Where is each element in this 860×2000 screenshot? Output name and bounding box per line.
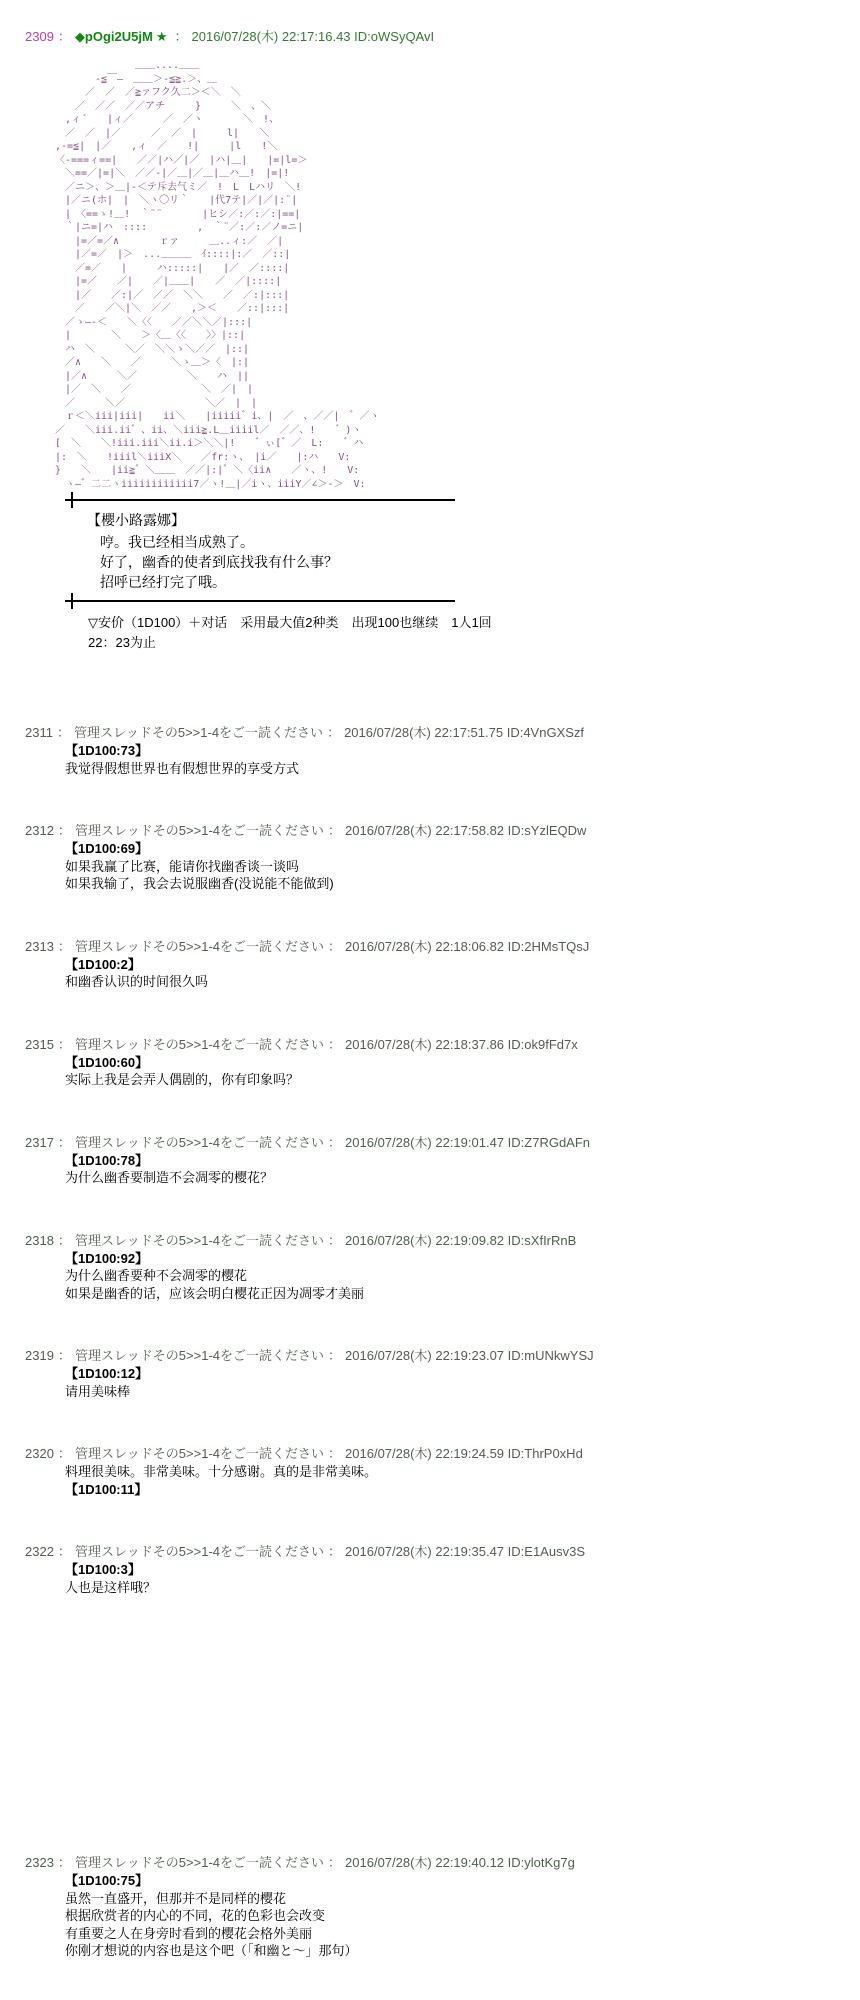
dice-roll: 【1D100:60】 [65,1054,860,1072]
reply-separator: ： [58,1544,71,1559]
dice-roll: 【1D100:75】 [65,1872,860,1890]
thread-page: 2309：◆pOgi2U5jM★：2016/07/28(木) 22:17:16.… [0,0,860,1960]
dice-roll: 【1D100:69】 [65,840,860,858]
reply-id: ID:sXfIrRnB [508,1233,577,1248]
divider-tick [71,492,73,508]
reply-text-line: 人也是这样哦？ [65,1579,860,1597]
reply-datetime: 2016/07/28(木) 22:19:09.82 [345,1233,504,1248]
reply-id: ID:2HMsTQsJ [508,939,590,954]
reply-poster-name: 管理スレッドその5>>1-4をご一読ください [75,1855,324,1870]
ascii-art: ＿＿....＿＿ -≦￣― ＿＿＞-≦≧.＞、＿ ／ ／ ／≧ァフク久二＞＜＼ … [55,59,860,491]
reply-id: ID:ylotKg7g [508,1855,575,1870]
reply-list: 2311：管理スレッドその5>>1-4をご一読ください：2016/07/28(木… [25,725,860,1960]
reply-text-line: 虽然一直盛开，但那并不是同样的樱花 [65,1890,860,1908]
reply-body: 【1D100:92】为什么幽香要种不会凋零的樱花如果是幽香的话，应该会明白樱花正… [65,1250,860,1303]
dice-roll: 【1D100:92】 [65,1250,860,1268]
reply-separator: ： [58,1348,71,1363]
reply-number: 2312 [25,823,54,838]
op-separator: ： [175,29,188,44]
reply-text-line: 如果是幽香的话，应该会明白樱花正因为凋零才美丽 [65,1285,860,1303]
reply-separator: ： [58,1446,71,1461]
divider-line-top [65,499,455,501]
reply-header: 2311：管理スレッドその5>>1-4をご一読ください：2016/07/28(木… [25,725,860,741]
reply-separator: ： [328,1855,341,1870]
reply-header: 2313：管理スレッドその5>>1-4をご一読ください：2016/07/28(木… [25,939,860,955]
reply-datetime: 2016/07/28(木) 22:17:51.75 [344,725,503,740]
reply-datetime: 2016/07/28(木) 22:18:37.86 [345,1037,504,1052]
reply-text-line: 如果我输了，我会去说服幽香(没说能不能做到) [65,875,860,893]
dice-roll: 【1D100:73】 [65,742,860,760]
reply-number: 2311 [25,725,53,740]
reply-header: 2312：管理スレッドその5>>1-4をご一読ください：2016/07/28(木… [25,823,860,839]
op-id: ID:oWSyQAvI [354,29,434,44]
reply-poster-name: 管理スレッドその5>>1-4をご一読ください [75,1348,324,1363]
dialogue-block: 【櫻小路露娜】 哼。我已经相当成熟了。 好了，幽香的使者到底找我有什么事？ 招呼… [87,510,860,592]
reply-separator: ： [328,1135,341,1150]
reply-number: 2319 [25,1348,54,1363]
reply-datetime: 2016/07/28(木) 22:19:40.12 [345,1855,504,1870]
reply-separator: ： [328,939,341,954]
reply-poster-name: 管理スレッドその5>>1-4をご一読ください [75,823,324,838]
divider-tick [71,593,73,609]
reply-separator: ： [58,1233,71,1248]
reply-separator: ： [58,823,71,838]
op-separator: ： [58,29,71,44]
reply-datetime: 2016/07/28(木) 22:17:58.82 [345,823,504,838]
op-header: 2309：◆pOgi2U5jM★：2016/07/28(木) 22:17:16.… [25,29,860,45]
reply-body: 【1D100:69】如果我赢了比赛，能请你找幽香谈一谈吗如果我输了，我会去说服幽… [65,840,860,893]
op-post-number: 2309 [25,29,54,44]
dice-instruction: ▽安价（1D100）＋对话 采用最大值2种类 出现100也继续 1人1回 22：… [88,613,860,653]
reply-separator: ： [327,725,340,740]
reply-body: 【1D100:60】实际上我是会弄人偶剧的，你有印象吗？ [65,1054,860,1089]
reply-text-line: 你刚才想说的内容也是这个吧（「和幽と～」那句） [65,1942,860,1960]
reply-header: 2318：管理スレッドその5>>1-4をご一読ください：2016/07/28(木… [25,1233,860,1249]
reply-header: 2315：管理スレッドその5>>1-4をご一読ください：2016/07/28(木… [25,1037,860,1053]
reply-poster-name: 管理スレッドその5>>1-4をご一読ください [74,725,323,740]
reply-number: 2318 [25,1233,54,1248]
dice-roll: 【1D100:11】 [65,1481,860,1499]
dice-instruction-line: ▽安价（1D100）＋对话 采用最大值2种类 出现100也继续 1人1回 [88,613,860,633]
reply-number: 2323 [25,1855,54,1870]
star-icon: ★ [156,29,168,44]
reply-separator: ： [328,1544,341,1559]
divider-line-bottom [65,600,455,602]
reply-body: 【1D100:78】为什么幽香要制造不会凋零的樱花？ [65,1152,860,1187]
reply-number: 2313 [25,939,54,954]
reply-poster-name: 管理スレッドその5>>1-4をご一読ください [75,939,324,954]
reply-id: ID:sYzlEQDw [508,823,587,838]
reply-body: 【1D100:12】请用美味棒 [65,1365,860,1400]
reply-poster-name: 管理スレッドその5>>1-4をご一読ください [75,1233,324,1248]
reply-separator: ： [58,1135,71,1150]
reply-separator: ： [328,1348,341,1363]
reply-number: 2320 [25,1446,54,1461]
dice-roll: 【1D100:2】 [65,956,860,974]
reply-post: 2312：管理スレッドその5>>1-4をご一読ください：2016/07/28(木… [25,823,860,893]
reply-post: 2318：管理スレッドその5>>1-4をご一読ください：2016/07/28(木… [25,1233,860,1303]
reply-separator: ： [57,725,70,740]
dialogue-line: 招呼已经打完了哦。 [100,572,860,592]
reply-post: 2322：管理スレッドその5>>1-4をご一読ください：2016/07/28(木… [25,1544,860,1596]
dialogue-line: 哼。我已经相当成熟了。 [100,532,860,552]
reply-header: 2317：管理スレッドその5>>1-4をご一読ください：2016/07/28(木… [25,1135,860,1151]
reply-header: 2319：管理スレッドその5>>1-4をご一読ください：2016/07/28(木… [25,1348,860,1364]
reply-text-line: 有重要之人在身旁时看到的樱花会格外美丽 [65,1925,860,1943]
reply-id: ID:ok9fFd7x [508,1037,578,1052]
reply-text-line: 如果我赢了比赛，能请你找幽香谈一谈吗 [65,858,860,876]
reply-text-line: 为什么幽香要制造不会凋零的樱花？ [65,1169,860,1187]
reply-text-line: 请用美味棒 [65,1383,860,1401]
reply-number: 2317 [25,1135,54,1150]
reply-body: 【1D100:73】我觉得假想世界也有假想世界的享受方式 [65,742,860,777]
reply-post: 2311：管理スレッドその5>>1-4をご一読ください：2016/07/28(木… [25,725,860,777]
reply-text-line: 根据欣赏者的内心的不同，花的色彩也会改变 [65,1907,860,1925]
reply-body: 【1D100:2】和幽香认识的时间很久吗 [65,956,860,991]
reply-body: 【1D100:3】人也是这样哦？ [65,1561,860,1596]
reply-text-line: 料理很美味。非常美味。十分感谢。真的是非常美味。 [65,1463,860,1481]
reply-header: 2323：管理スレッドその5>>1-4をご一読ください：2016/07/28(木… [25,1855,860,1871]
reply-header: 2320：管理スレッドその5>>1-4をご一読ください：2016/07/28(木… [25,1446,860,1462]
reply-text-line: 和幽香认识的时间很久吗 [65,973,860,991]
op-poster-name: ◆pOgi2U5jM [75,29,153,44]
reply-datetime: 2016/07/28(木) 22:19:01.47 [345,1135,504,1150]
reply-post: 2315：管理スレッドその5>>1-4をご一読ください：2016/07/28(木… [25,1037,860,1089]
reply-header: 2322：管理スレッドその5>>1-4をご一読ください：2016/07/28(木… [25,1544,860,1560]
reply-number: 2315 [25,1037,54,1052]
reply-separator: ： [328,823,341,838]
reply-post: 2320：管理スレッドその5>>1-4をご一読ください：2016/07/28(木… [25,1446,860,1498]
reply-separator: ： [328,1446,341,1461]
reply-text-line: 实际上我是会弄人偶剧的，你有印象吗？ [65,1071,860,1089]
reply-datetime: 2016/07/28(木) 22:19:35.47 [345,1544,504,1559]
reply-post: 2313：管理スレッドその5>>1-4をご一読ください：2016/07/28(木… [25,939,860,991]
reply-poster-name: 管理スレッドその5>>1-4をご一読ください [75,1446,324,1461]
reply-post: 2319：管理スレッドその5>>1-4をご一読ください：2016/07/28(木… [25,1348,860,1400]
dice-roll: 【1D100:3】 [65,1561,860,1579]
reply-id: ID:Z7RGdAFn [508,1135,590,1150]
reply-post: 2317：管理スレッドその5>>1-4をご一読ください：2016/07/28(木… [25,1135,860,1187]
reply-poster-name: 管理スレッドその5>>1-4をご一読ください [75,1037,324,1052]
reply-poster-name: 管理スレッドその5>>1-4をご一読ください [75,1135,324,1150]
reply-body: 【1D100:75】虽然一直盛开，但那并不是同样的樱花根据欣赏者的内心的不同，花… [65,1872,860,1960]
op-datetime: 2016/07/28(木) 22:17:16.43 [192,29,351,44]
dialogue-line: 好了，幽香的使者到底找我有什么事？ [100,552,860,572]
reply-separator: ： [58,1037,71,1052]
reply-text-line: 为什么幽香要种不会凋零的樱花 [65,1267,860,1285]
dice-instruction-deadline: 22：23为止 [88,633,860,653]
reply-poster-name: 管理スレッドその5>>1-4をご一読ください [75,1544,324,1559]
reply-datetime: 2016/07/28(木) 22:19:23.07 [345,1348,504,1363]
reply-id: ID:ThrP0xHd [508,1446,583,1461]
dice-roll: 【1D100:12】 [65,1365,860,1383]
op-post: 2309：◆pOgi2U5jM★：2016/07/28(木) 22:17:16.… [25,29,860,653]
reply-separator: ： [58,1855,71,1870]
reply-body: 料理很美味。非常美味。十分感谢。真的是非常美味。【1D100:11】 [65,1463,860,1498]
reply-text-line: 我觉得假想世界也有假想世界的享受方式 [65,760,860,778]
reply-id: ID:4VnGXSzf [507,725,584,740]
dice-roll: 【1D100:78】 [65,1152,860,1170]
reply-post: 2323：管理スレッドその5>>1-4をご一読ください：2016/07/28(木… [25,1855,860,1960]
reply-number: 2322 [25,1544,54,1559]
reply-separator: ： [58,939,71,954]
reply-separator: ： [328,1037,341,1052]
reply-id: ID:mUNkwYSJ [508,1348,594,1363]
reply-datetime: 2016/07/28(木) 22:19:24.59 [345,1446,504,1461]
reply-id: ID:E1Ausv3S [508,1544,585,1559]
reply-datetime: 2016/07/28(木) 22:18:06.82 [345,939,504,954]
dialogue-speaker: 【櫻小路露娜】 [87,510,860,530]
reply-separator: ： [328,1233,341,1248]
